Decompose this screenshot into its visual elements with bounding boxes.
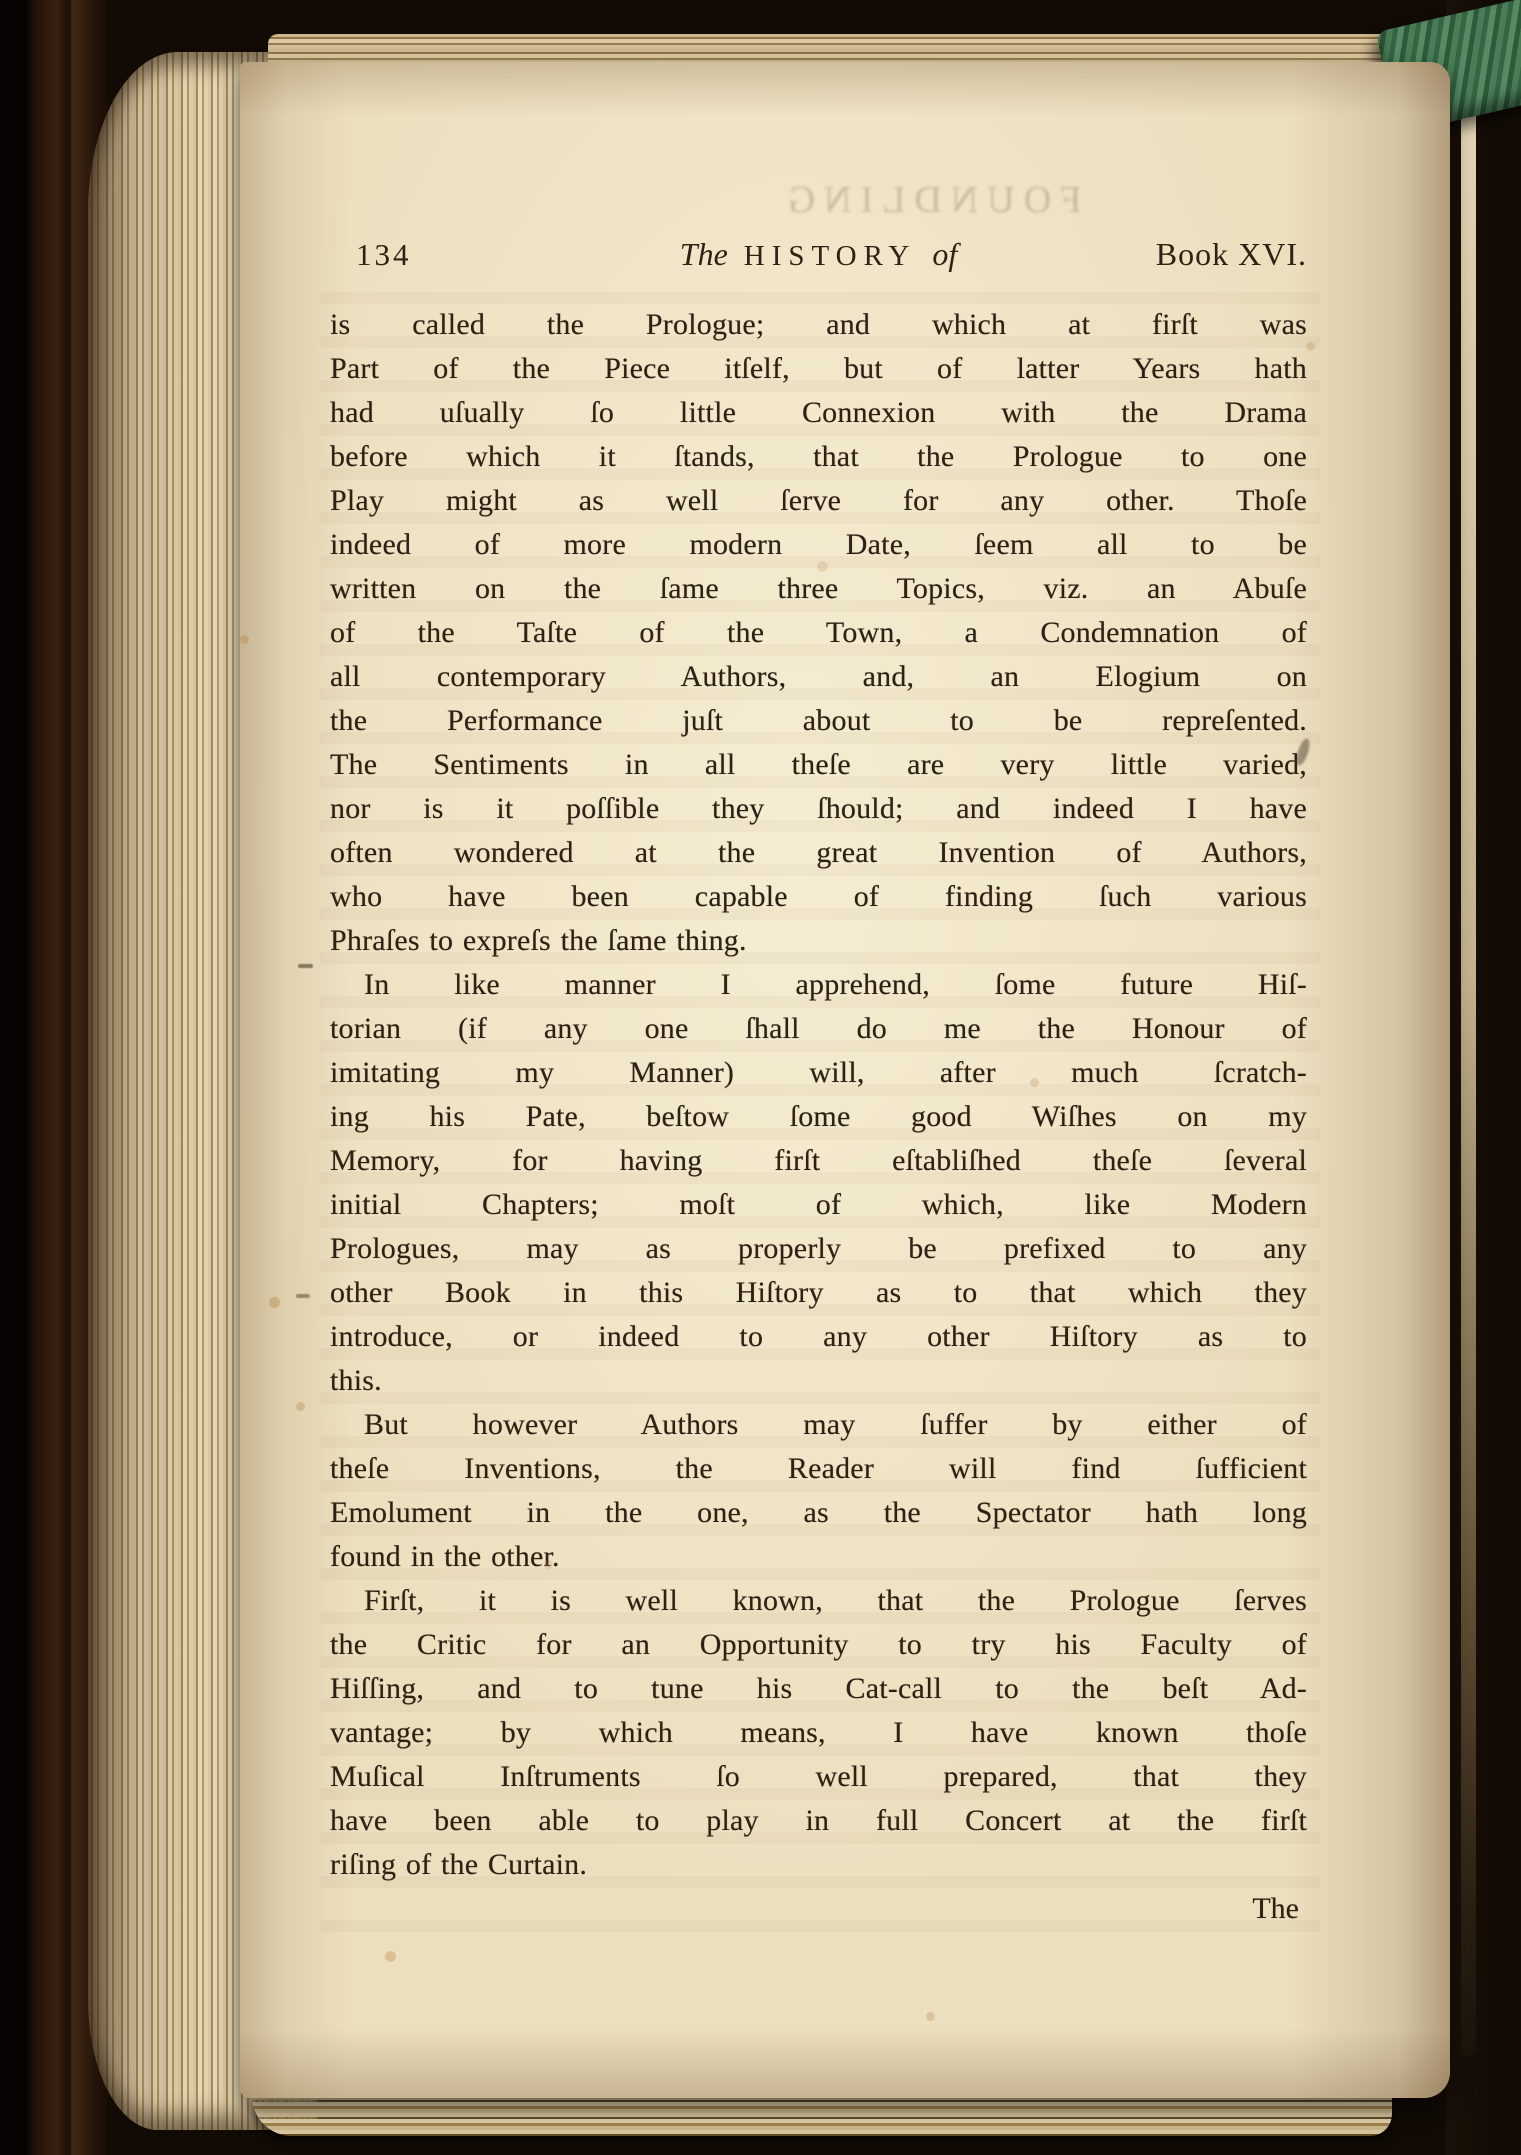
text-line: imitating my Manner) will, after much ſc…: [330, 1051, 1307, 1095]
page-edges-bottom: [252, 2096, 1392, 2136]
text-line: Emolument in the one, as the Spectator h…: [330, 1491, 1307, 1535]
text-line: Hiſſing, and to tune his Cat-call to the…: [330, 1667, 1307, 1711]
margin-ink-mark: [298, 964, 313, 968]
text-line: Firſt, it is well known, that the Prolog…: [330, 1579, 1307, 1623]
text-line: Phraſes to expreſs the ſame thing.: [330, 919, 1307, 963]
text-line: theſe Inventions, the Reader will find ſ…: [330, 1447, 1307, 1491]
show-through-text: FOUNDLING: [600, 178, 1260, 222]
text-line: other Book in this Hiſtory as to that wh…: [330, 1271, 1307, 1315]
margin-ink-mark: [296, 1294, 310, 1298]
text-line: of the Taſte of the Town, a Condemnation…: [330, 611, 1307, 655]
text-line: But however Authors may ſuffer by either…: [330, 1403, 1307, 1447]
text-line: initial Chapters; moſt of which, like Mo…: [330, 1183, 1307, 1227]
paragraph: But however Authors may ſuffer by either…: [330, 1403, 1307, 1579]
text-line: who have been capable of finding ſuch va…: [330, 875, 1307, 919]
text-line: Memory, for having firſt eſtabliſhed the…: [330, 1139, 1307, 1183]
text-line: the Critic for an Opportunity to try his…: [330, 1623, 1307, 1667]
text-line: riſing of the Curtain.: [330, 1843, 1307, 1887]
text-line: In like manner I apprehend, ſome future …: [330, 963, 1307, 1007]
text-line: The Sentiments in all theſe are very lit…: [330, 743, 1307, 787]
gutter-shadow: [1446, 0, 1521, 2155]
page-number: 134: [356, 237, 412, 273]
page-edges-top: [268, 34, 1418, 64]
foxing-spots: [180, 2, 185, 7]
text-line: is called the Prologue; and which at fir…: [330, 303, 1307, 347]
running-title: The HISTORY of: [680, 236, 957, 273]
paragraph: In like manner I apprehend, ſome future …: [330, 963, 1307, 1403]
text-line: indeed of more modern Date, ſeem all to …: [330, 523, 1307, 567]
text-line: vantage; by which means, I have known th…: [330, 1711, 1307, 1755]
text-line: have been able to play in full Concert a…: [330, 1799, 1307, 1843]
paragraph: is called the Prologue; and which at fir…: [330, 303, 1307, 963]
page-text: is called the Prologue; and which at fir…: [330, 303, 1307, 1931]
book-photograph: { "page": { "header": { "page_number": "…: [0, 0, 1521, 2155]
text-line: Part of the Piece itſelf, but of latter …: [330, 347, 1307, 391]
text-line: this.: [330, 1359, 1307, 1403]
text-line: torian (if any one ſhall do me the Honou…: [330, 1007, 1307, 1051]
text-line: had uſually ſo little Connexion with the…: [330, 391, 1307, 435]
text-line: ing his Pate, beſtow ſome good Wiſhes on…: [330, 1095, 1307, 1139]
running-title-the: The: [680, 236, 728, 272]
book-number-label: Book XVI.: [1156, 236, 1307, 273]
text-line: all contemporary Authors, and, an Elogiu…: [330, 655, 1307, 699]
running-title-of: of: [932, 236, 957, 272]
running-title-history: HISTORY: [744, 240, 917, 272]
facing-page-edge: [1461, 92, 1476, 2057]
text-line: Muſical Inſtruments ſo well prepared, th…: [330, 1755, 1307, 1799]
catchword: The: [330, 1887, 1307, 1931]
text-line: written on the ſame three Topics, viz. a…: [330, 567, 1307, 611]
text-line: before which it ſtands, that the Prologu…: [330, 435, 1307, 479]
text-line: Play might as well ſerve for any other. …: [330, 479, 1307, 523]
page-header: 134 The HISTORY of Book XVI.: [330, 236, 1307, 273]
book-page: FOUNDLING 134 The HISTORY of Book XVI. i…: [240, 62, 1450, 2098]
text-line: nor is it poſſible they ſhould; and inde…: [330, 787, 1307, 831]
text-line: the Performance juſt about to be repreſe…: [330, 699, 1307, 743]
text-line: often wondered at the great Invention of…: [330, 831, 1307, 875]
text-line: found in the other.: [330, 1535, 1307, 1579]
text-line: introduce, or indeed to any other Hiſtor…: [330, 1315, 1307, 1359]
paragraph: Firſt, it is well known, that the Prolog…: [330, 1579, 1307, 1887]
text-line: Prologues, may as properly be prefixed t…: [330, 1227, 1307, 1271]
